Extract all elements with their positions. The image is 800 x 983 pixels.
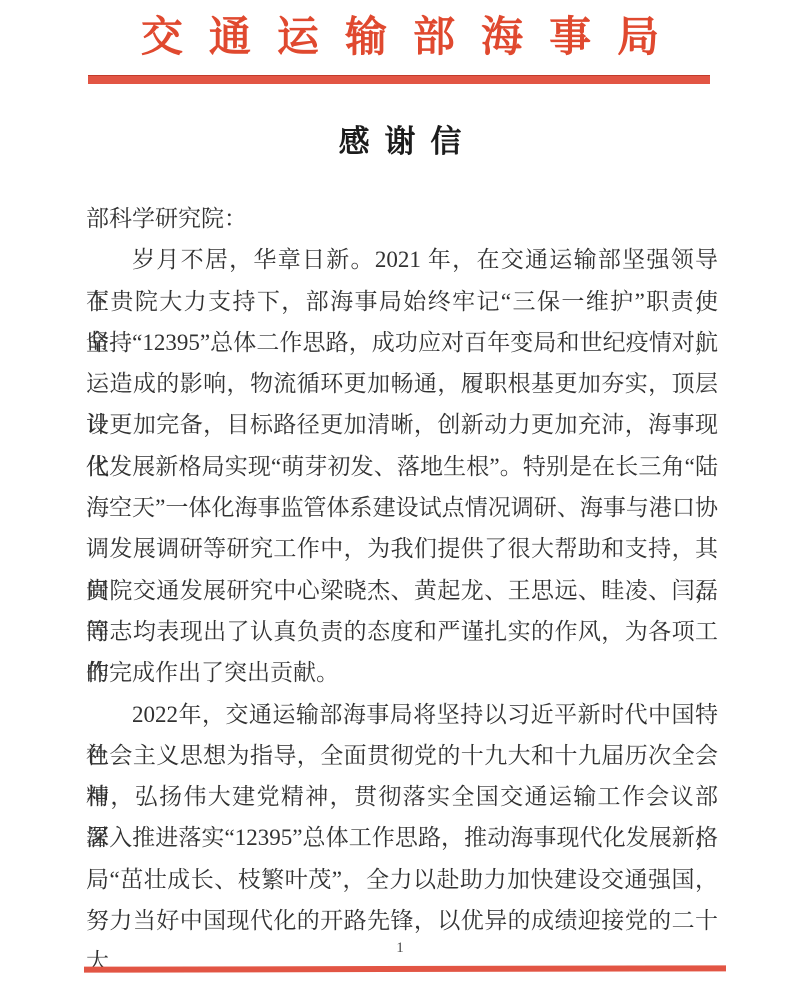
body-line: 贵院交通发展研究中心梁晓杰、黄起龙、王思远、眭凌、闫磊等 <box>86 570 718 611</box>
letter-body: 部科学研究院： 岁月不居，华章日新。2021 年，在交通运输部坚强领导下， 在贵… <box>86 198 718 941</box>
body-line: 海空天”一体化海事监管体系建设试点情况调研、海事与港口协 <box>86 487 718 528</box>
body-line: 坚持“12395”总体二作思路，成功应对百年变局和世纪疫情对航 <box>86 322 718 363</box>
body-line: 局“茁壮成长、枝繁叶茂”，全力以赴助力加快建设交通强国， <box>86 859 718 900</box>
page-number: 1 <box>0 940 800 957</box>
header-divider <box>88 75 710 84</box>
letter-title: 感谢信 <box>0 116 800 161</box>
body-line: 努力当好中国现代化的开路先锋，以优异的成绩迎接党的二十大 <box>86 900 718 941</box>
body-line: 调发展调研等研究工作中，为我们提供了很大帮助和支持，其间， <box>86 528 718 569</box>
body-line: 深入推进落实“12395”总体工作思路，推动海事现代化发展新格 <box>86 817 718 858</box>
body-line: 神，弘扬伟大建党精神，贯彻落实全国交通运输工作会议部署， <box>86 776 718 817</box>
footer-divider <box>84 965 726 972</box>
body-line: 运造成的影响，物流循环更加畅通，履职根基更加夯实，顶层设 <box>86 363 718 404</box>
body-line: 的完成作出了突出贡献。 <box>86 652 718 693</box>
body-line: 同志均表现出了认真负责的态度和严谨扎实的作风，为各项工作 <box>86 611 718 652</box>
body-line: 在贵院大力支持下，部海事局始终牢记“三保一维护”职责使命， <box>86 281 718 322</box>
body-line: 社会主义思想为指导，全面贯彻党的十九大和十九届历次全会精 <box>86 735 718 776</box>
body-line: 化发展新格局实现“萌芽初发、落地生根”。特别是在长三角“陆 <box>86 446 718 487</box>
body-line: 2022年，交通运输部海事局将坚持以习近平新时代中国特色 <box>86 694 718 735</box>
document-page: 交通运输部海事局 感谢信 部科学研究院： 岁月不居，华章日新。2021 年，在交… <box>0 0 800 983</box>
body-line: 岁月不居，华章日新。2021 年，在交通运输部坚强领导下， <box>86 239 718 280</box>
salutation-line: 部科学研究院： <box>86 198 718 239</box>
body-line: 计更加完备，目标路径更加清晰，创新动力更加充沛，海事现代 <box>86 404 718 445</box>
letterhead-title: 交通运输部海事局 <box>0 4 800 64</box>
